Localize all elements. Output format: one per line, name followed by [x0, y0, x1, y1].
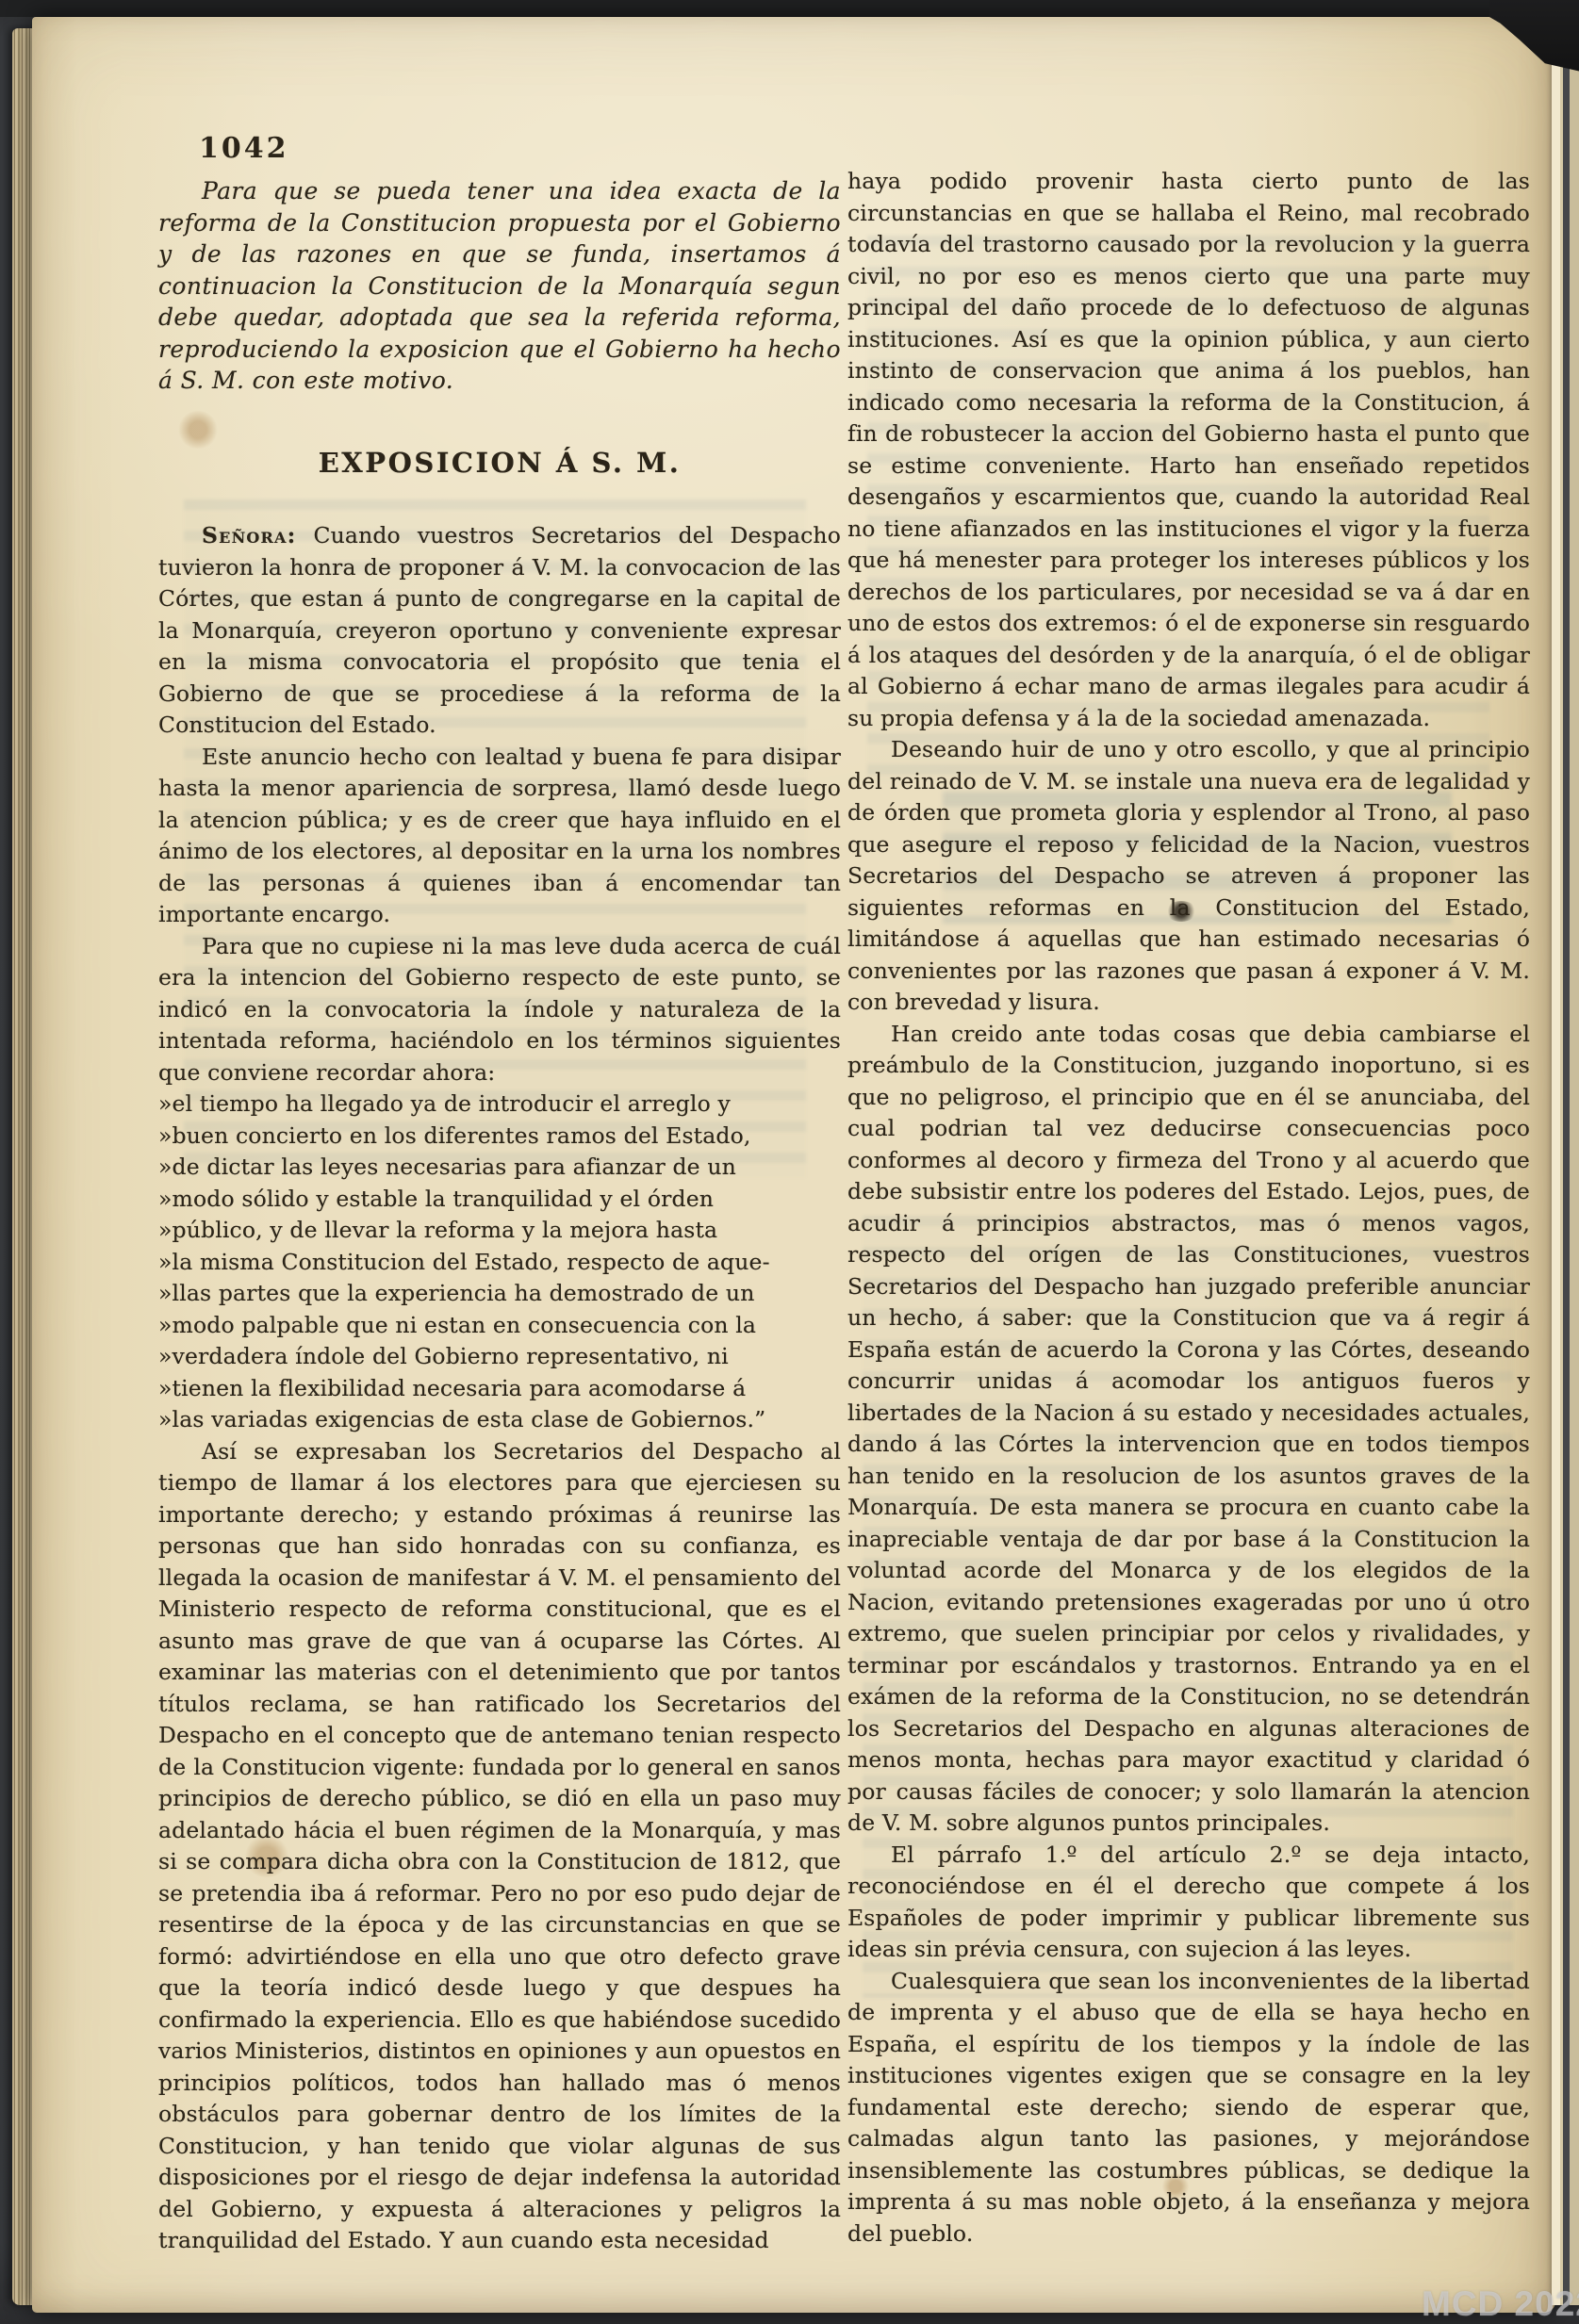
- page-number: 1042: [199, 132, 289, 165]
- mcd-watermark: MCD 2022-L5: [1422, 2284, 1579, 2324]
- book-fore-edge: [1552, 43, 1579, 2305]
- exposicion-heading: EXPOSICION Á S. M.: [158, 448, 841, 480]
- quote-line: »verdadera índole del Gobierno represent…: [158, 1341, 841, 1373]
- paragraph: Han creido ante todas cosas que debia ca…: [847, 1019, 1530, 1840]
- quote-line: »las variadas exigencias de esta clase d…: [158, 1404, 841, 1436]
- paragraph: Así se expresaban los Secretarios del De…: [158, 1436, 841, 2257]
- quote-line: »el tiempo ha llegado ya de introducir e…: [158, 1088, 841, 1121]
- intro-paragraph: Para que se pueda tener una idea exacta …: [158, 175, 841, 397]
- paragraph-text: Cuando vuestros Secretarios del Despacho…: [158, 522, 841, 738]
- quote-line: »de dictar las leyes necesarias para afi…: [158, 1152, 841, 1184]
- quote-line: »tienen la flexibilidad necesaria para a…: [158, 1373, 841, 1405]
- paragraph: Cualesquiera que sean los inconvenientes…: [847, 1966, 1530, 2250]
- quote-line: »modo palpable que ni estan en consecuen…: [158, 1310, 841, 1342]
- quote-line: »público, y de llevar la reforma y la me…: [158, 1215, 841, 1247]
- paragraph-quote-intro: Para que no cupiese ni la mas leve duda …: [158, 931, 841, 1089]
- senora-smallcaps: Señora:: [202, 522, 297, 548]
- quote-line: »buen concierto en los diferentes ramos …: [158, 1121, 841, 1153]
- scanner-top-shadow: [0, 0, 1579, 17]
- left-column: Para que se pueda tener una idea exacta …: [158, 175, 841, 2257]
- quote-line: »la misma Constitucion del Estado, respe…: [158, 1247, 841, 1279]
- scanner-background: 1042 Para que se pueda tener una idea ex…: [0, 0, 1579, 2324]
- right-column: haya podido provenir hasta cierto punto …: [847, 166, 1530, 2250]
- paragraph-senora: Señora: Cuando vuestros Secretarios del …: [158, 520, 841, 742]
- paragraph: Este anuncio hecho con lealtad y buena f…: [158, 742, 841, 931]
- paragraph-continuation: haya podido provenir hasta cierto punto …: [847, 166, 1530, 734]
- paragraph: El párrafo 1.º del artículo 2.º se deja …: [847, 1840, 1530, 1966]
- paragraph: Deseando huir de uno y otro escollo, y q…: [847, 734, 1530, 1019]
- quote-line: »llas partes que la experiencia ha demos…: [158, 1278, 841, 1310]
- quote-line: »modo sólido y estable la tranquilidad y…: [158, 1184, 841, 1216]
